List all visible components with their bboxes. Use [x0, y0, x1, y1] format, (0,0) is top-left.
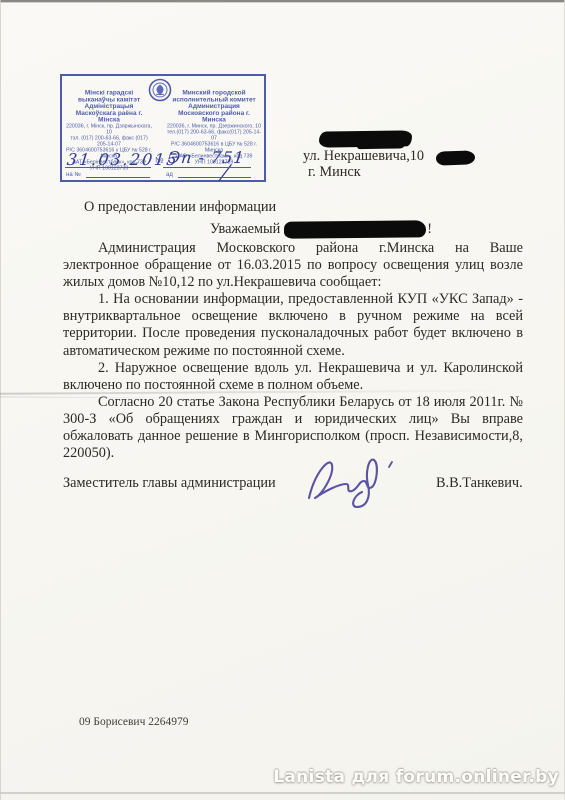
- site-watermark: Lanista для forum.onliner.by: [273, 767, 559, 787]
- recipient-street: ул. Некрашевича,10: [303, 148, 424, 165]
- stamp-right-line: 220036, г. Минск, пр. Дзержинского, 10: [166, 123, 262, 129]
- body-line: жилых домов №10,12 по ул.Некрашевича соо…: [63, 274, 523, 291]
- letter-body: Администрация Московского района г.Минск…: [63, 240, 523, 462]
- body-line: 220050).: [63, 445, 523, 462]
- stamp-number-line: [163, 167, 251, 168]
- executor-note: 09 Борисевич 2264979: [79, 716, 188, 728]
- body-line: Администрация Московского района г.Минск…: [63, 240, 523, 257]
- body-line: 2. Наружное освещение вдоль ул. Некрашев…: [63, 360, 523, 377]
- stamp-number-sign-label: №: [155, 156, 164, 165]
- stamp-from-label: ад: [166, 171, 173, 178]
- scanned-letter-page: { "stamp": { "emblem_icon": "minsk-coat-…: [0, 0, 565, 800]
- stamp-reply-line: [86, 177, 150, 178]
- body-line: 300-З «Об обращениях граждан и юридическ…: [63, 411, 523, 428]
- salutation-suffix: !: [427, 221, 432, 238]
- stamp-left-line: тэл. (017) 200-63-66, факс (017) 205-14-…: [65, 135, 153, 147]
- salutation-prefix: Уважаемый: [210, 221, 280, 238]
- scan-edge-left: [0, 0, 1, 800]
- body-line: 1. На основании информации, предоставлен…: [63, 291, 523, 308]
- letterhead-stamp: Мінскі гарадскі выканаўчы камітэт Адміні…: [60, 74, 266, 182]
- stamp-from-line: [178, 177, 251, 178]
- stamp-left-line: Маскоўскага раёна г. Мінска: [65, 109, 153, 123]
- stamp-reply-to-label: на №: [66, 171, 81, 178]
- body-line: территории. После проведения пусконаладо…: [63, 325, 523, 342]
- recipient-apartment-redaction: [436, 150, 475, 165]
- recipient-name-redaction: [319, 130, 412, 147]
- body-line: автоматическом режиме по постоянной схем…: [63, 343, 523, 360]
- scan-edge-top-soft: [0, 2, 565, 3]
- body-line: внутриквартальное освещение включено в р…: [63, 308, 523, 325]
- stamp-right-line: тел.(017) 200-63-66, факс(017) 205-14-07: [166, 129, 262, 141]
- signer-name: В.В.Танкевич.: [436, 475, 523, 492]
- scan-edge-bottom: [0, 792, 565, 794]
- stamp-right-line: Московского района г. Минска: [166, 109, 262, 123]
- signer-position: Заместитель главы администрации: [63, 475, 276, 492]
- body-line: включено по постоянной схеме в полном об…: [63, 377, 523, 394]
- handwritten-outgoing-number: Эп - 751: [167, 148, 246, 167]
- body-line: электронное обращение от 16.03.2015 по в…: [63, 257, 523, 274]
- body-line: Согласно 20 статье Закона Республики Бел…: [63, 394, 523, 411]
- recipient-city: г. Минск: [308, 164, 361, 181]
- letter-subject: О предоставлении информации: [84, 199, 276, 216]
- salutation-name-redaction: [284, 220, 426, 238]
- stamp-date-line: [65, 167, 151, 168]
- stamp-left-line: 220036, г. Мінск, пр. Дзяржынскага, 10: [65, 123, 153, 135]
- salutation-line: Уважаемый !: [210, 221, 432, 238]
- signature-ink: [295, 450, 410, 512]
- body-line: обжаловать данное решение в Мингорисполк…: [63, 428, 523, 445]
